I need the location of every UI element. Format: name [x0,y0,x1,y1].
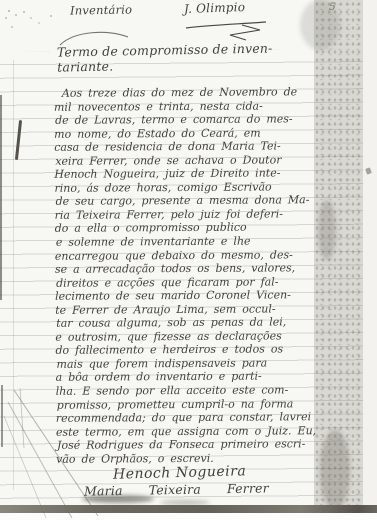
party-signature-last-name: Ferrer [227,480,269,496]
body-line: de seu cargo, presente a mesma dona Ma- [56,194,318,209]
doc-type-label: Inventário [70,2,132,17]
body-line: recommendada; do que para constar, lavre… [56,410,318,425]
body-line: Aos treze dias do mez de Novembro de [54,85,316,100]
corner-speckles [8,10,10,12]
ink-smudge [82,495,154,503]
body-line: de de Lavras, termo e comarca do mes- [55,112,317,127]
body-line: José Rodrigues da Fonseca primeiro escri… [57,437,319,452]
document-title: Termo de compromisso de inven- tariante. [57,39,328,74]
page-right-margin [363,0,377,520]
body-line: ria Teixeira Ferrer, pelo juiz foi defer… [55,207,317,222]
left-edge-streak [0,95,2,300]
body-line: promisso, prometteu cumpril-o na forma [57,397,319,412]
margin-pen-mark [15,120,22,160]
scanned-document-page: Inventário J. Olimpio 5 Termo de comprom… [0,0,377,520]
body-line: mais que forem indispensaveis para [56,356,318,371]
scan-blotch [320,430,350,510]
page-number: 5 [329,1,336,13]
body-line: lecimento de seu marido Coronel Vicen- [55,288,317,303]
rubric-underline-flourish [180,12,275,42]
party-signature-middle-name: Teixeira [149,482,202,498]
body-line: tar cousa alguma, sob as penas da lei, [56,315,318,330]
judge-signature: Henoch Nogueira [113,463,247,482]
body-text: Aos treze dias do mez de Novembro demil … [54,85,318,466]
body-line: direitos e acções que ficaram por fal- [56,275,318,290]
body-line: e solemne de inventariante e lhe [56,234,318,249]
ink-smudge [160,500,210,505]
body-line: Henoch Nogueira, juiz de Direito inte- [54,166,316,181]
body-line: xeira Ferrer, onde se achava o Doutor [55,153,317,168]
scan-blotch [318,200,336,260]
